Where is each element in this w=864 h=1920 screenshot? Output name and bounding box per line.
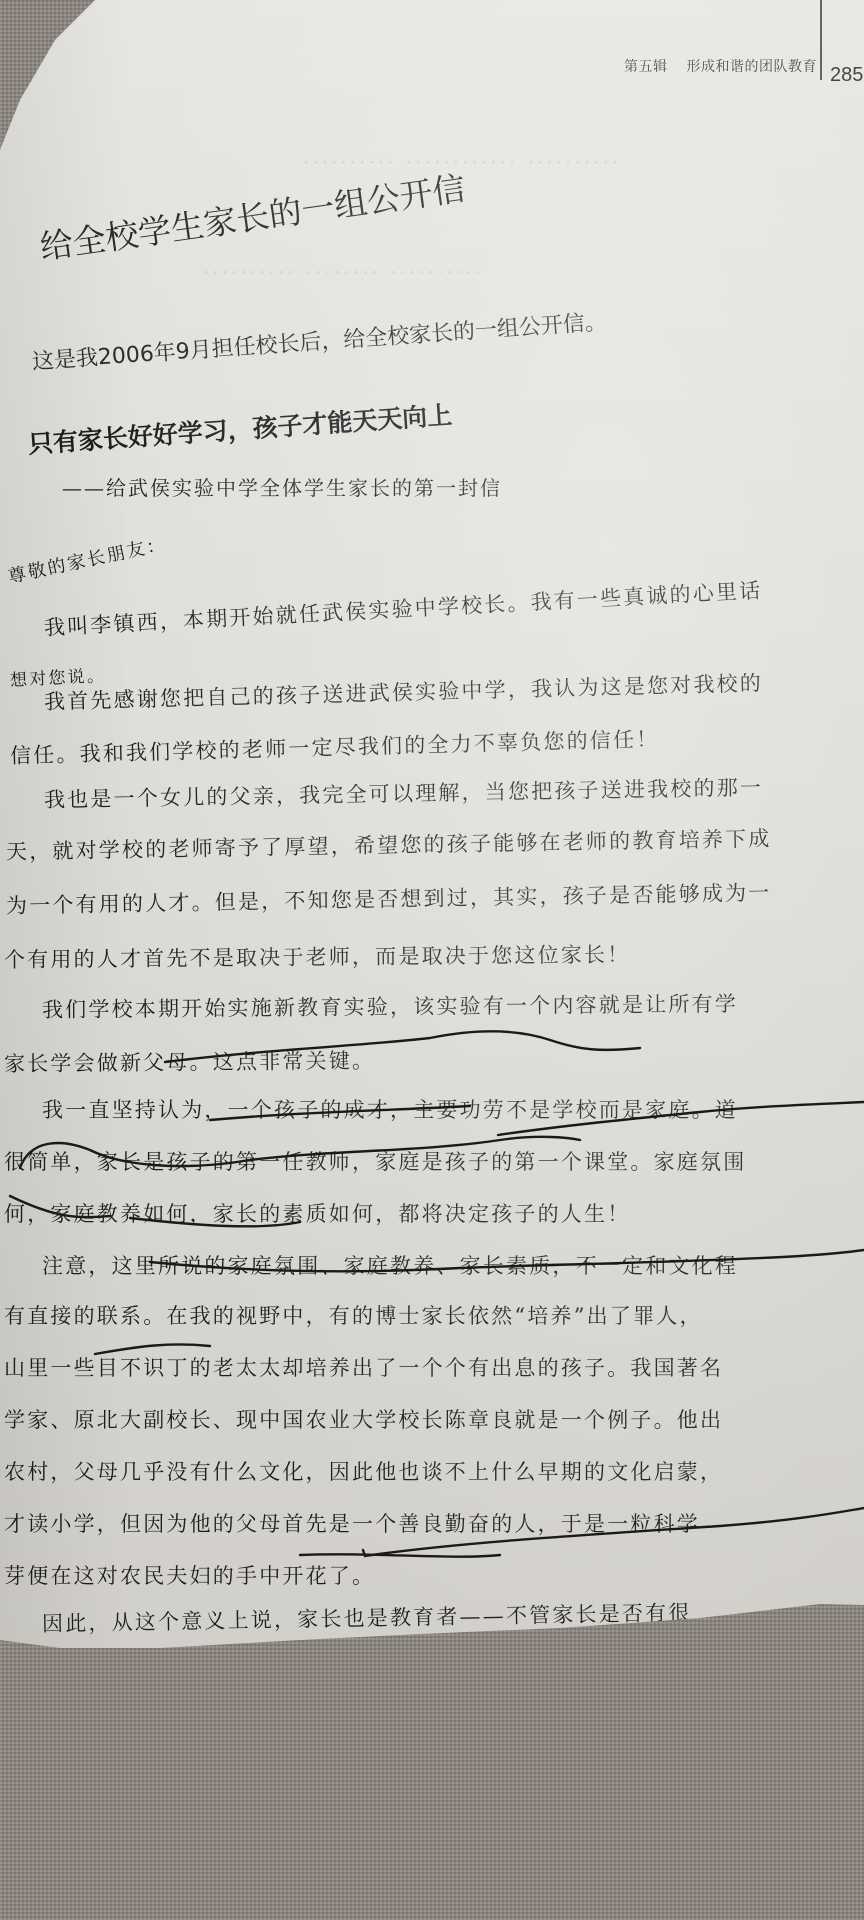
- letter-heading: 只有家长好好学习，孩子才能天天向上: [27, 395, 453, 461]
- salutation: 尊敬的家长朋友：: [5, 530, 168, 589]
- body-line: 家长学会做新父母。这点非常关键。: [4, 1045, 375, 1078]
- running-head: 第五辑 形成和谐的团队教育: [624, 56, 817, 76]
- section-label: 第五辑: [624, 59, 668, 75]
- body-line: 芽便在这对农民夫妇的手中开花了。: [4, 1560, 375, 1590]
- body-line: 为一个有用的人才。但是，不知您是否想到过，其实，孩子是否能够成为一: [6, 877, 772, 920]
- show-through-text: ·········· ········ ··········: [200, 260, 481, 284]
- body-line: 我也是一个女儿的父亲，我完全可以理解，当您把孩子送进我校的那一: [44, 771, 764, 814]
- body-line: 很简单，家长是孩子的第一任教师，家庭是孩子的第一个课堂。家庭氛围: [4, 1146, 746, 1176]
- body-line: 个有用的人才首先不是取决于老师，而是取决于您这位家长！: [4, 939, 631, 974]
- chapter-label: 形成和谐的团队教育: [686, 59, 817, 75]
- body-line: 信任。我和我们学校的老师一定尽我们的全力不辜负您的信任！: [10, 723, 660, 770]
- body-line: 才读小学，但因为他的父母首先是一个善良勤奋的人，于是一粒科学: [4, 1508, 700, 1538]
- body-line: 想对您说。: [9, 661, 106, 691]
- show-through-text: ·········· ············ ··········: [300, 150, 618, 174]
- header-rule: [820, 0, 822, 80]
- body-line: 我们学校本期开始实施新教育实验，该实验有一个内容就是让所有学: [42, 988, 738, 1024]
- body-line: 何，家庭教养如何，家长的素质如何，都将决定孩子的人生！: [4, 1198, 630, 1228]
- body-line: 有直接的联系。在我的视野中，有的博士家长依然“培养”出了罪人，: [4, 1300, 703, 1330]
- body-line: 学家、原北大副校长、现中国农业大学校长陈章良就是一个例子。他出: [4, 1404, 723, 1434]
- article-intro: 这是我2006年9月担任校长后，给全校家长的一组公开信。: [31, 305, 608, 376]
- body-line: 我一直坚持认为，一个孩子的成才，主要功劳不是学校而是家庭。道: [42, 1094, 738, 1124]
- body-line: 农村，父母几乎没有什么文化，因此他也谈不上什么早期的文化启蒙，: [4, 1456, 723, 1486]
- letter-subheading: ——给武侯实验中学全体学生家长的第一封信: [62, 472, 502, 501]
- article-title: 给全校学生家长的一组公开信: [37, 163, 468, 269]
- page-number: 285: [830, 64, 863, 87]
- body-line: 注意，这里所说的家庭氛围、家庭教养、家长素质，不一定和文化程: [42, 1250, 738, 1280]
- body-line: 山里一些目不识丁的老太太却培养出了一个个有出息的孩子。我国著名: [4, 1352, 723, 1382]
- body-line: 我首先感谢您把自己的孩子送进武侯实验中学，我认为这是您对我校的: [44, 667, 764, 716]
- body-line: 天，就对学校的老师寄予了厚望，希望您的孩子能够在老师的教育培养下成: [6, 823, 772, 866]
- body-line: 我叫李镇西，本期开始就任武侯实验中学校长。我有一些真诚的心里话: [43, 574, 763, 642]
